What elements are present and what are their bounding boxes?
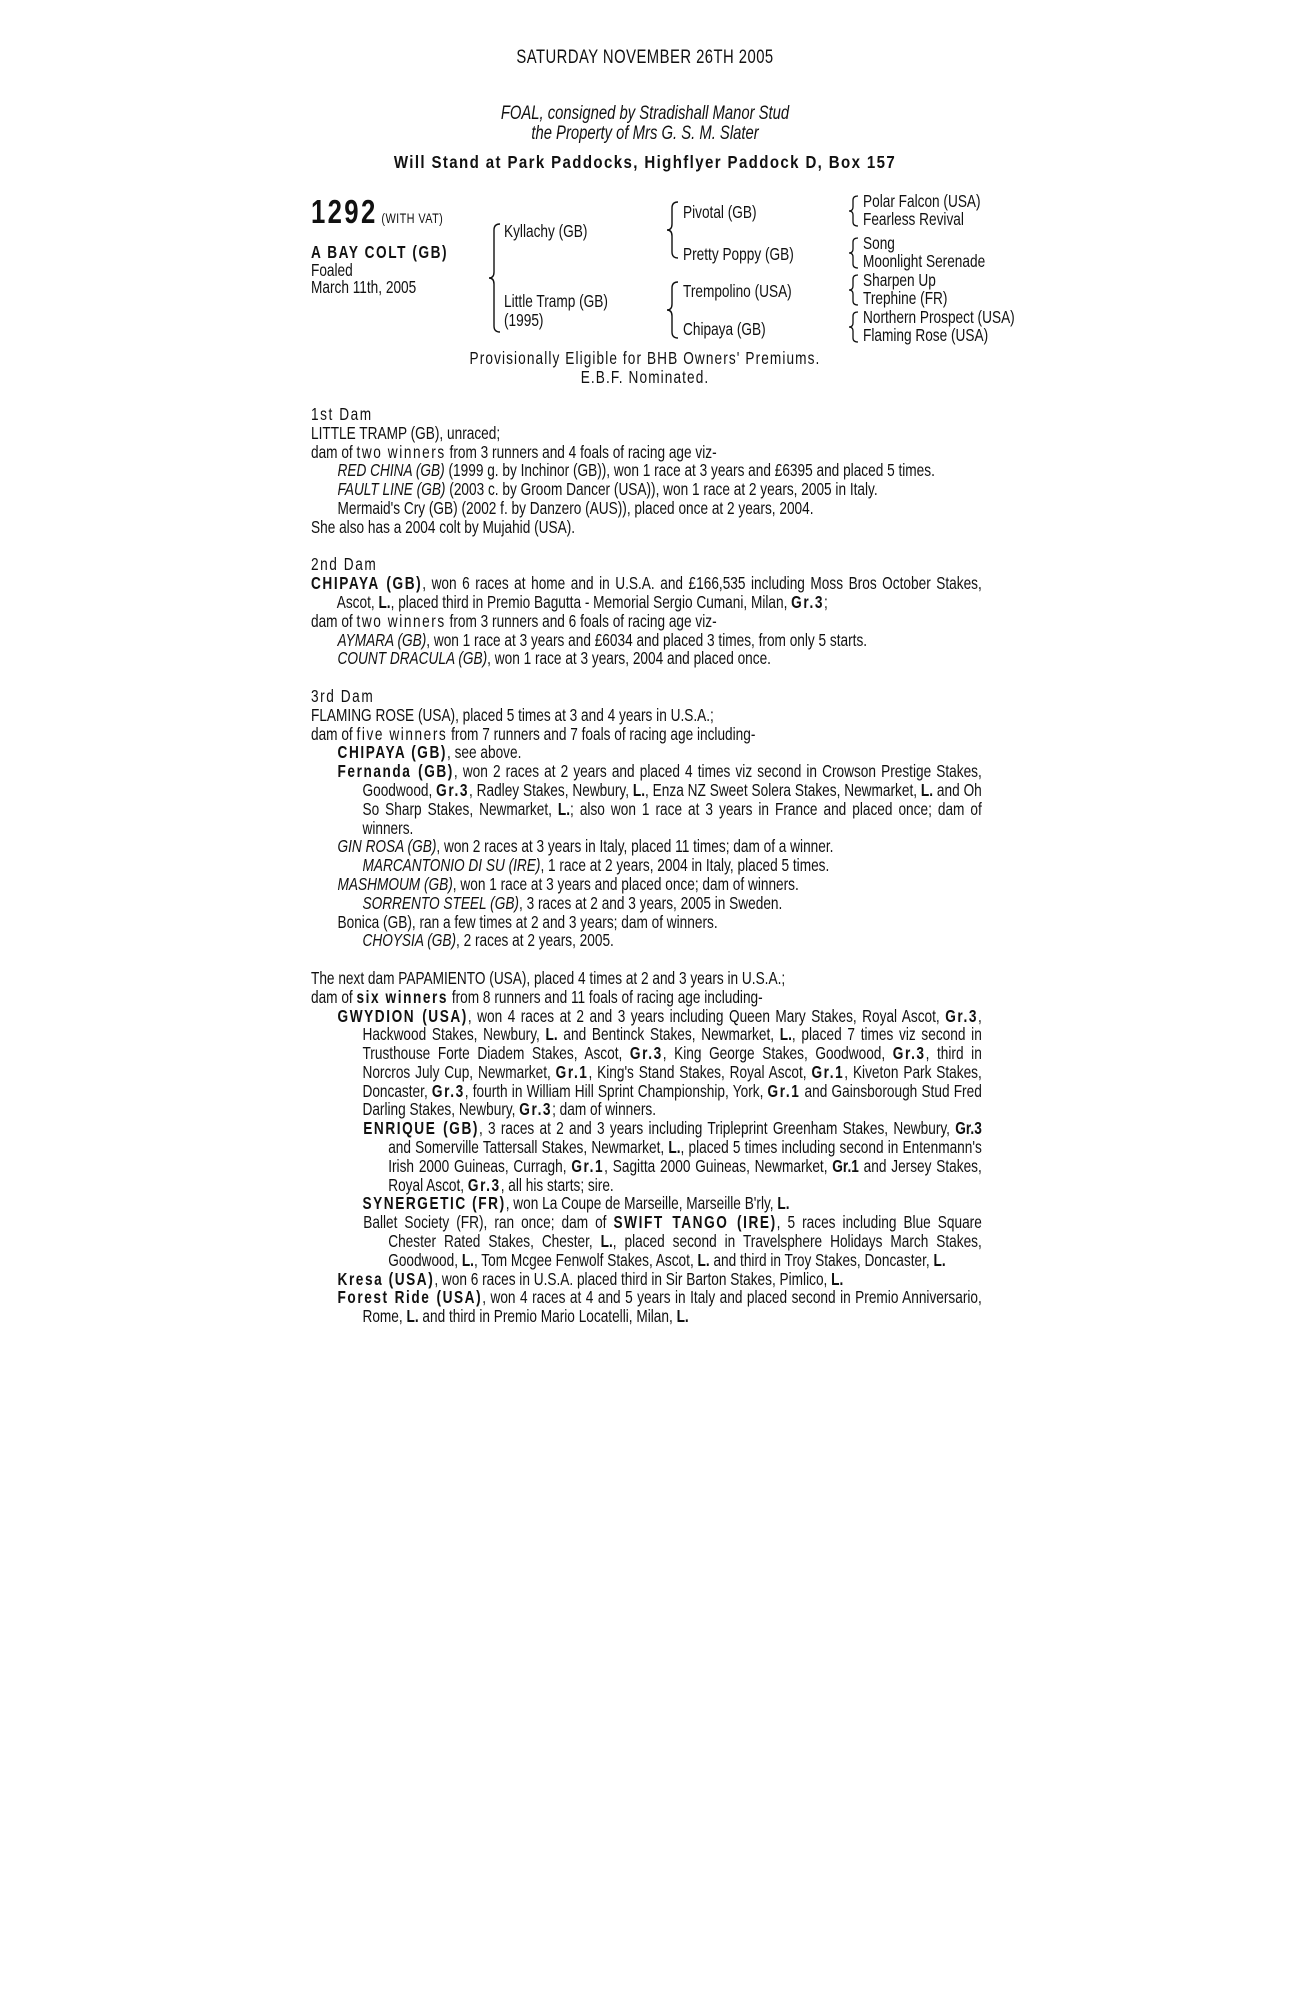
pedigree-sire-dam: Pretty Poppy (GB) bbox=[683, 245, 794, 264]
pedigree-g3-item: Flaming Rose (USA) bbox=[863, 326, 1015, 344]
lot-block: 1292 (WITH VAT) bbox=[311, 194, 498, 236]
second-dam-section: 2nd Dam CHIPAYA (GB), won 6 races at hom… bbox=[311, 555, 982, 668]
progeny-entry: Forest Ride (USA), won 4 races at 4 and … bbox=[311, 1288, 982, 1326]
consignment-header: FOAL, consigned by Stradishall Manor Stu… bbox=[142, 104, 1148, 143]
grandprogeny-entry: ENRIQUE (GB), 3 races at 2 and 3 years i… bbox=[311, 1119, 982, 1194]
progeny-entry: GWYDION (USA), won 4 races at 2 and 3 ye… bbox=[311, 1007, 982, 1120]
pedigree-notes: 1st Dam LITTLE TRAMP (GB), unraced; dam … bbox=[311, 405, 982, 1326]
brace-dam-parents bbox=[666, 280, 680, 340]
progeny-entry: GIN ROSA (GB), won 2 races at 3 years in… bbox=[311, 837, 982, 856]
pedigree-dam-year: (1995) bbox=[504, 311, 543, 330]
produce-record: dam of two winners from 3 runners and 6 … bbox=[311, 612, 982, 631]
pedigree-sire: Kyllachy (GB) bbox=[504, 222, 587, 241]
lot-description: A BAY COLT (GB) bbox=[311, 244, 498, 262]
progeny-entry: CHIPAYA (GB), see above. bbox=[311, 743, 982, 762]
progeny-entry: Mermaid's Cry (GB) (2002 f. by Danzero (… bbox=[311, 499, 982, 518]
first-dam-section: 1st Dam LITTLE TRAMP (GB), unraced; dam … bbox=[311, 405, 982, 537]
produce-record: dam of five winners from 7 runners and 7… bbox=[311, 725, 982, 744]
consignor-line: FOAL, consigned by Stradishall Manor Stu… bbox=[142, 104, 1148, 124]
progeny-entry: MASHMOUM (GB), won 1 race at 3 years and… bbox=[311, 875, 982, 894]
also-note: She also has a 2004 colt by Mujahid (USA… bbox=[311, 518, 982, 537]
progeny-entry: RED CHINA (GB) (1999 g. by Inchinor (GB)… bbox=[311, 461, 982, 480]
pedigree-g3-item: Moonlight Serenade bbox=[863, 252, 1015, 270]
next-dam-section: The next dam PAPAMIENTO (USA), placed 4 … bbox=[311, 969, 982, 1326]
grandprogeny-entry: CHOYSIA (GB), 2 races at 2 years, 2005. bbox=[311, 931, 982, 950]
dam-name: LITTLE TRAMP (GB), unraced; bbox=[311, 424, 982, 443]
sale-date: SATURDAY NOVEMBER 26TH 2005 bbox=[142, 49, 1148, 68]
section-heading: 1st Dam bbox=[311, 405, 982, 424]
dam-name: The next dam PAPAMIENTO (USA), placed 4 … bbox=[311, 969, 982, 988]
produce-record: dam of six winners from 8 runners and 11… bbox=[311, 988, 982, 1007]
brace-g3-1 bbox=[848, 194, 860, 228]
grandprogeny-entry: SORRENTO STEEL (GB), 3 races at 2 and 3 … bbox=[311, 894, 982, 913]
brace-sire-dam bbox=[488, 222, 502, 334]
pedigree-g3-item: Fearless Revival bbox=[863, 210, 1015, 228]
third-dam-section: 3rd Dam FLAMING ROSE (USA), placed 5 tim… bbox=[311, 687, 982, 950]
progeny-entry: FAULT LINE (GB) (2003 c. by Groom Dancer… bbox=[311, 480, 982, 499]
lot-number: 1292 bbox=[311, 193, 378, 230]
lot-description-block: A BAY COLT (GB) Foaled March 11th, 2005 bbox=[311, 244, 498, 297]
progeny-entry: COUNT DRACULA (GB), won 1 race at 3 year… bbox=[311, 649, 982, 668]
vat-note: (WITH VAT) bbox=[381, 210, 443, 226]
foaled-date: March 11th, 2005 bbox=[311, 279, 498, 297]
pedigree-dam-sire: Trempolino (USA) bbox=[683, 282, 792, 301]
pedigree-g3-item: Polar Falcon (USA) bbox=[863, 192, 1015, 210]
pedigree-sire-sire: Pivotal (GB) bbox=[683, 203, 757, 222]
dam-record: CHIPAYA (GB), won 6 races at home and in… bbox=[311, 574, 982, 612]
pedigree-g3-item: Northern Prospect (USA) bbox=[863, 308, 1015, 326]
produce-record: dam of two winners from 3 runners and 4 … bbox=[311, 443, 982, 462]
progeny-entry: Bonica (GB), ran a few times at 2 and 3 … bbox=[311, 913, 982, 932]
pedigree-g3-item: Sharpen Up bbox=[863, 271, 1015, 289]
pedigree-g3-item: Trephine (FR) bbox=[863, 289, 1015, 307]
progeny-entry: AYMARA (GB), won 1 race at 3 years and £… bbox=[311, 631, 982, 650]
location-line: Will Stand at Park Paddocks, Highflyer P… bbox=[90, 153, 1199, 172]
grandprogeny-entry: Ballet Society (FR), ran once; dam of SW… bbox=[311, 1213, 982, 1269]
catalogue-page: SATURDAY NOVEMBER 26TH 2005 FOAL, consig… bbox=[0, 0, 1290, 2000]
pedigree-g3-list: Polar Falcon (USA) Fearless Revival Song… bbox=[863, 192, 1015, 344]
brace-g3-2 bbox=[848, 236, 860, 270]
grandprogeny-entry: SYNERGETIC (FR), won La Coupe de Marseil… bbox=[311, 1194, 982, 1213]
pedigree-dam-dam: Chipaya (GB) bbox=[683, 320, 766, 339]
section-heading: 3rd Dam bbox=[311, 687, 982, 706]
progeny-entry: Kresa (USA), won 6 races in U.S.A. place… bbox=[311, 1270, 982, 1289]
eligibility-ebf: E.B.F. Nominated. bbox=[142, 368, 1148, 387]
dam-name: FLAMING ROSE (USA), placed 5 times at 3 … bbox=[311, 706, 982, 725]
eligibility-premiums: Provisionally Eligible for BHB Owners' P… bbox=[142, 349, 1148, 368]
eligibility-block: Provisionally Eligible for BHB Owners' P… bbox=[142, 349, 1148, 387]
section-heading: 2nd Dam bbox=[311, 555, 982, 574]
grandprogeny-entry: MARCANTONIO DI SU (IRE), 1 race at 2 yea… bbox=[311, 856, 982, 875]
pedigree-dam: Little Tramp (GB) bbox=[504, 292, 608, 311]
brace-g3-4 bbox=[848, 310, 860, 344]
brace-g3-3 bbox=[848, 273, 860, 307]
owner-line: the Property of Mrs G. S. M. Slater bbox=[142, 124, 1148, 144]
pedigree-g3-item: Song bbox=[863, 234, 1015, 252]
brace-sire-parents bbox=[666, 200, 680, 260]
progeny-entry: Fernanda (GB), won 2 races at 2 years an… bbox=[311, 762, 982, 837]
